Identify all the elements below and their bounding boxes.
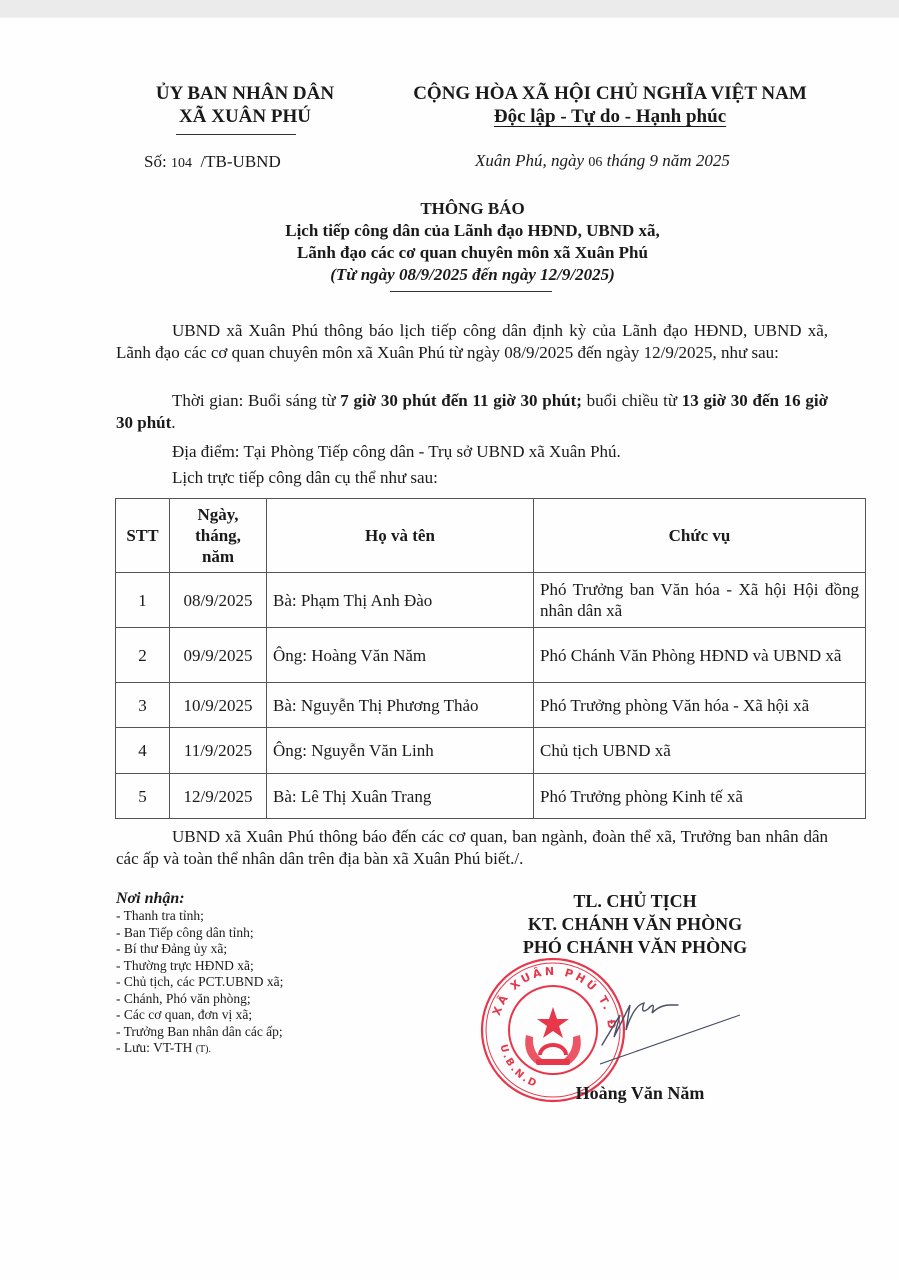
- document-date: Xuân Phú, ngày 06 tháng 9 năm 2025: [475, 151, 730, 171]
- notice-subtitle-2: Lãnh đạo các cơ quan chuyên môn xã Xuân …: [200, 242, 745, 264]
- table-row: 3 10/9/2025 Bà: Nguyễn Thị Phương Thảo P…: [116, 683, 866, 728]
- notice-title: THÔNG BÁO Lịch tiếp công dân của Lãnh đạ…: [200, 198, 745, 286]
- recipient-item: - Các cơ quan, đơn vị xã;: [116, 1007, 366, 1024]
- handwritten-signature-icon: [600, 975, 780, 1075]
- signature-block: TL. CHỦ TỊCH KT. CHÁNH VĂN PHÒNG PHÓ CHÁ…: [470, 890, 800, 959]
- recipient-item: - Thanh tra tỉnh;: [116, 908, 366, 925]
- location-paragraph: Địa điểm: Tại Phòng Tiếp công dân - Trụ …: [116, 441, 828, 463]
- signature-line-1: TL. CHỦ TỊCH: [470, 890, 800, 913]
- schedule-table: STT Ngày, tháng, năm Họ và tên Chức vụ 1…: [115, 498, 866, 819]
- nation-header: CỘNG HÒA XÃ HỘI CHỦ NGHĨA VIỆT NAM Độc l…: [380, 82, 840, 128]
- notice-subtitle-1: Lịch tiếp công dân của Lãnh đạo HĐND, UB…: [200, 220, 745, 242]
- header-date: Ngày, tháng, năm: [170, 499, 267, 573]
- viewer-top-bar: [0, 0, 899, 18]
- recipient-item: - Ban Tiếp công dân tỉnh;: [116, 925, 366, 942]
- recipient-item: - Thường trực HĐND xã;: [116, 958, 366, 975]
- notice-date-range: (Từ ngày 08/9/2025 đến ngày 12/9/2025): [200, 264, 745, 286]
- nation-name: CỘNG HÒA XÃ HỘI CHỦ NGHĨA VIỆT NAM: [380, 82, 840, 105]
- header-stt: STT: [116, 499, 170, 573]
- table-row: 5 12/9/2025 Bà: Lê Thị Xuân Trang Phó Tr…: [116, 774, 866, 819]
- recipients-label: Nơi nhận:: [116, 890, 366, 908]
- document-number: Số: 104 /TB-UBND: [144, 152, 281, 172]
- header-position: Chức vụ: [534, 499, 866, 573]
- agency-name: ỦY BAN NHÂN DÂN: [110, 82, 380, 105]
- schedule-intro: Lịch trực tiếp công dân cụ thể như sau:: [116, 467, 828, 489]
- recipient-item: - Chủ tịch, các PCT.UBND xã;: [116, 974, 366, 991]
- recipient-item: - Chánh, Phó văn phòng;: [116, 991, 366, 1008]
- nation-motto: Độc lập - Tự do - Hạnh phúc: [494, 106, 726, 127]
- title-underline: [390, 291, 552, 292]
- recipient-item: - Bí thư Đảng ủy xã;: [116, 941, 366, 958]
- recipient-item: - Lưu: VT-TH (T).: [116, 1040, 366, 1059]
- recipient-item: - Trưởng Ban nhân dân các ấp;: [116, 1024, 366, 1041]
- header-name: Họ và tên: [267, 499, 534, 573]
- table-header-row: STT Ngày, tháng, năm Họ và tên Chức vụ: [116, 499, 866, 573]
- table-row: 4 11/9/2025 Ông: Nguyễn Văn Linh Chủ tịc…: [116, 728, 866, 774]
- intro-paragraph: UBND xã Xuân Phú thông báo lịch tiếp côn…: [116, 320, 828, 364]
- commune-name: XÃ XUÂN PHÚ: [110, 105, 380, 128]
- signer-name: Hoàng Văn Năm: [520, 1083, 760, 1104]
- table-row: 1 08/9/2025 Bà: Phạm Thị Anh Đào Phó Trư…: [116, 573, 866, 628]
- table-row: 2 09/9/2025 Ông: Hoàng Văn Năm Phó Chánh…: [116, 628, 866, 683]
- notice-heading: THÔNG BÁO: [200, 198, 745, 220]
- time-paragraph: Thời gian: Buổi sáng từ 7 giờ 30 phút đế…: [116, 390, 828, 434]
- closing-paragraph: UBND xã Xuân Phú thông báo đến các cơ qu…: [116, 826, 828, 870]
- recipients-list: Nơi nhận: - Thanh tra tỉnh; - Ban Tiếp c…: [116, 890, 366, 1059]
- agency-header: ỦY BAN NHÂN DÂN XÃ XUÂN PHÚ: [110, 82, 380, 128]
- agency-underline: [176, 134, 296, 135]
- signature-line-2: KT. CHÁNH VĂN PHÒNG: [470, 913, 800, 936]
